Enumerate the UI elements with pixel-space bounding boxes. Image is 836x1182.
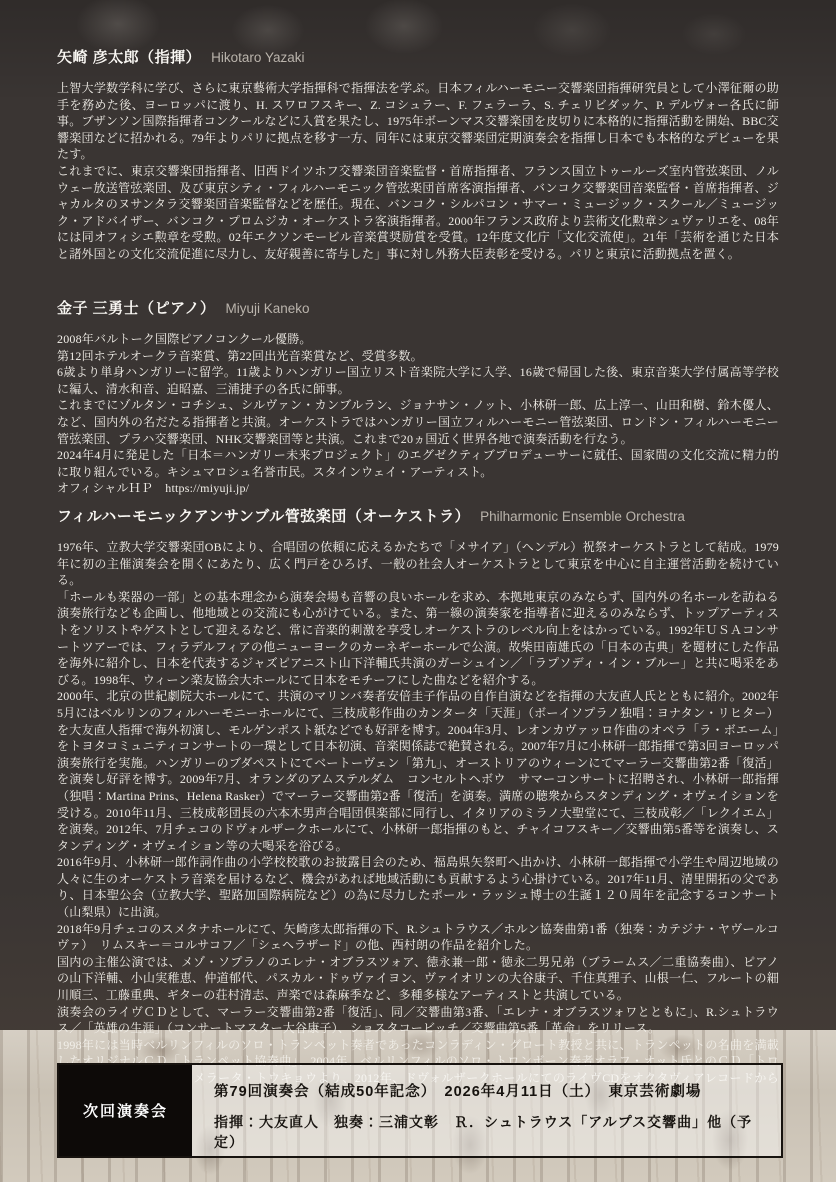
orchestra-name-en: Philharmonic Ensemble Orchestra <box>480 509 685 524</box>
pianist-name-en: Miyuji Kaneko <box>225 301 309 316</box>
next-concert-performers-program: 指揮：大友直人 独奏：三浦文彰 Ｒ．シュトラウス「アルプス交響曲」他（予定） <box>214 1112 771 1152</box>
conductor-name-ja: 矢崎 彦太郎（指揮） <box>57 49 201 66</box>
next-concert-banner: 次回演奏会 第79回演奏会（結成50年記念） 2026年4月11日（土） 東京芸… <box>57 1063 783 1158</box>
program-page: 矢崎 彦太郎（指揮）Hikotaro Yazaki 上智大学数学科に学び、さらに… <box>0 0 836 1182</box>
bio-paragraph: 6歳より単身ハンガリーに留学。11歳よりハンガリー国立リスト音楽院大学に入学、1… <box>57 364 779 397</box>
bio-paragraph: 第12回ホテルオークラ音楽賞、第22回出光音楽賞など、受賞多数。 <box>57 348 779 365</box>
bio-paragraph: これまでにゾルタン・コチシュ、シルヴァン・カンブルラン、ジョナサン・ノット、小林… <box>57 397 779 447</box>
section-orchestra: フィルハーモニックアンサンブル管弦楽団（オーケストラ）Philharmonic … <box>57 505 779 1103</box>
bio-paragraph: 2016年9月、小林研一郎作詞作曲の小学校校歌のお披露目会のため、福島県矢祭町へ… <box>57 854 779 920</box>
conductor-name-en: Hikotaro Yazaki <box>211 50 304 65</box>
bio-paragraph: 演奏会のライヴＣＤとして、マーラー交響曲第2番「復活」、同／交響曲第3番、「エレ… <box>57 1004 779 1037</box>
bio-paragraph: 2024年4月に発足した「日本＝ハンガリー未来プロジェクト」のエグゼクティブプロ… <box>57 447 779 480</box>
section-title: フィルハーモニックアンサンブル管弦楽団（オーケストラ）Philharmonic … <box>57 505 779 526</box>
next-concert-label: 次回演奏会 <box>59 1065 192 1156</box>
section-title: 金子 三勇士（ピアノ）Miyuji Kaneko <box>57 297 779 318</box>
bio-paragraph: 2000年、北京の世紀劇院大ホールにて、共演のマリンバ奏者安倍圭子作品の自作自演… <box>57 688 779 854</box>
bio-paragraph: 「ホールも楽器の一部」との基本理念から演奏会場も音響の良いホールを求め、本拠地東… <box>57 589 779 689</box>
section-pianist: 金子 三勇士（ピアノ）Miyuji Kaneko 2008年バルトーク国際ピアノ… <box>57 297 779 497</box>
conductor-bio: 上智大学数学科に学び、さらに東京藝術大学指揮科で指揮法を学ぶ。日本フィルハーモニ… <box>57 80 779 263</box>
pianist-bio: 2008年バルトーク国際ピアノコンクール優勝。 第12回ホテルオークラ音楽賞、第… <box>57 331 779 497</box>
bio-paragraph: 上智大学数学科に学び、さらに東京藝術大学指揮科で指揮法を学ぶ。日本フィルハーモニ… <box>57 80 779 163</box>
orchestra-name-ja: フィルハーモニックアンサンブル管弦楽団（オーケストラ） <box>57 508 470 525</box>
bio-paragraph: 1976年、立教大学交響楽団OBにより、合唱団の依頼に応えるかたちで「メサイア」… <box>57 539 779 589</box>
bio-paragraph: 国内の主催公演では、メゾ・ソプラノのエレナ・オブラスツォア、徳永兼一郎・徳永二男… <box>57 954 779 1004</box>
next-concert-title-date-venue: 第79回演奏会（結成50年記念） 2026年4月11日（土） 東京芸術劇場 <box>214 1080 771 1101</box>
official-website-line: オフィシャルＨＰ https://miyuji.jp/ <box>57 480 779 497</box>
bio-paragraph: 2008年バルトーク国際ピアノコンクール優勝。 <box>57 331 779 348</box>
pianist-name-ja: 金子 三勇士（ピアノ） <box>57 300 215 317</box>
next-concert-details: 第79回演奏会（結成50年記念） 2026年4月11日（土） 東京芸術劇場 指揮… <box>192 1065 781 1156</box>
bio-paragraph: 2018年9月チェコのスメタナホールにて、矢崎彦太郎指揮の下、R.シュトラウス／… <box>57 921 779 954</box>
orchestra-bio: 1976年、立教大学交響楽団OBにより、合唱団の依頼に応えるかたちで「メサイア」… <box>57 539 779 1103</box>
section-title: 矢崎 彦太郎（指揮）Hikotaro Yazaki <box>57 46 779 67</box>
bio-paragraph: これまでに、東京交響楽団指揮者、旧西ドイツホフ交響楽団音楽監督・首席指揮者、フラ… <box>57 163 779 263</box>
section-conductor: 矢崎 彦太郎（指揮）Hikotaro Yazaki 上智大学数学科に学び、さらに… <box>57 46 779 263</box>
